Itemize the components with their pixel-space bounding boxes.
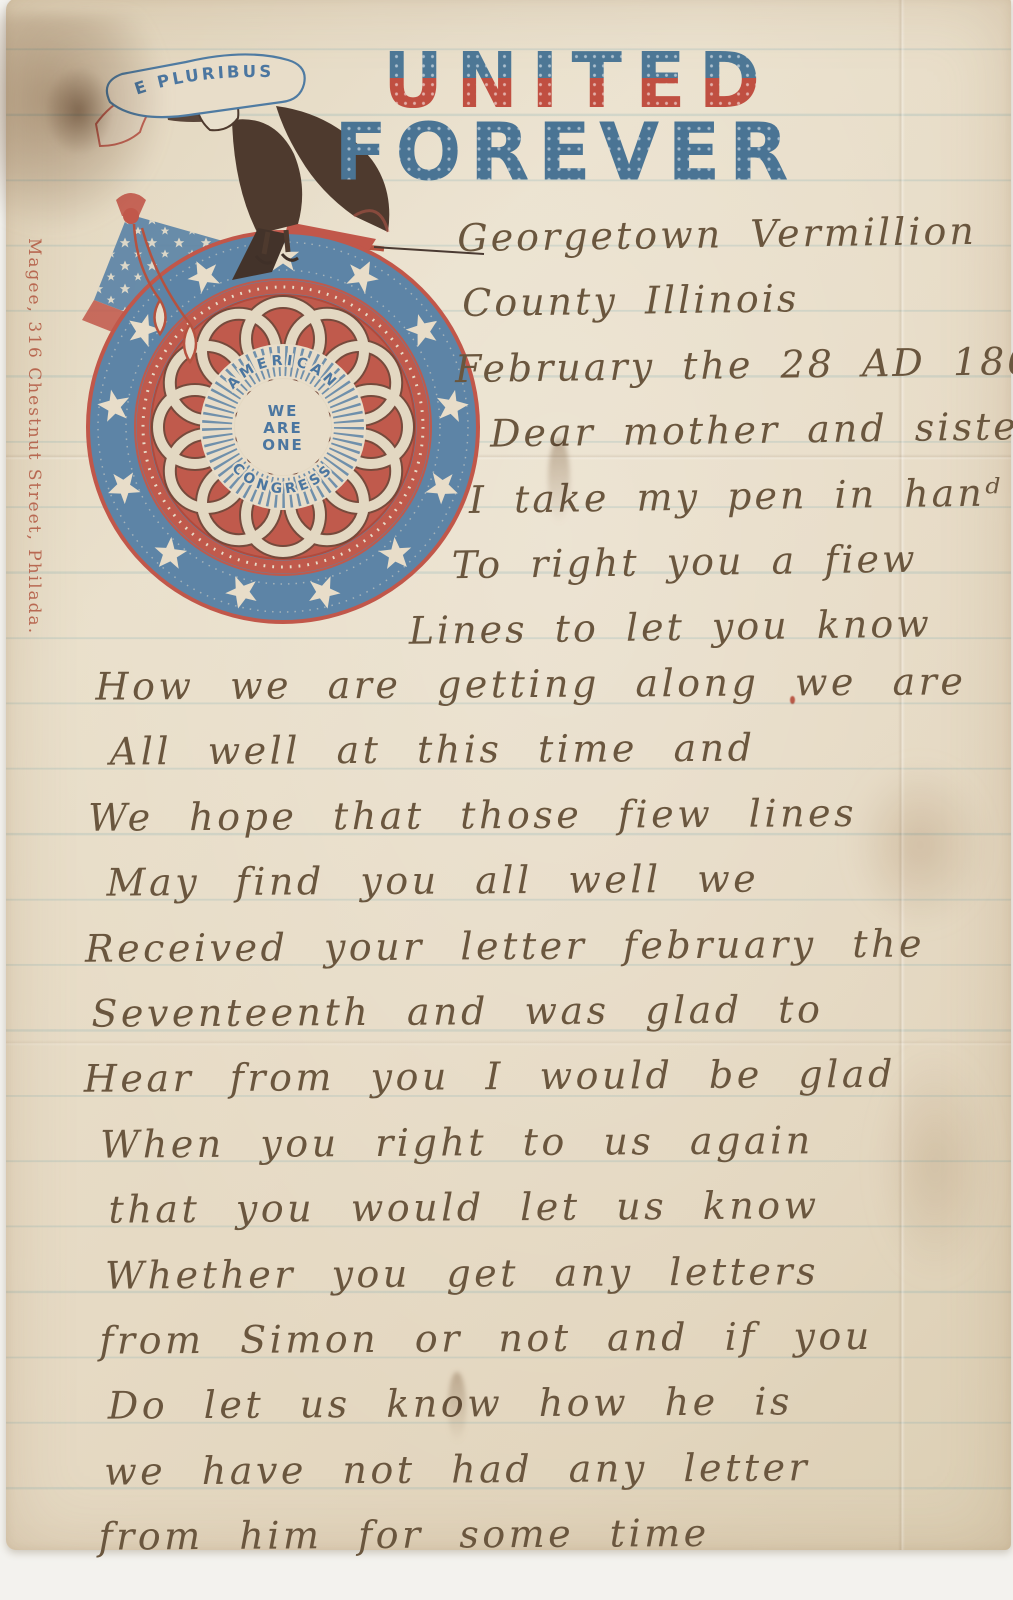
letterhead-title-forever: FOREVER [334, 113, 797, 193]
letter-scan: { "letterhead": { "title_line1": "UNITED… [0, 0, 1013, 1600]
letter-line: Hear from you I would be glad [84, 1042, 969, 1113]
eagle-banner: E PLURIBUS [107, 54, 305, 117]
body-lines: How we are getting along we areAll well … [89, 649, 972, 1570]
letter-line: Dear mother and sister [490, 394, 1013, 467]
letter-line: February the 28 AD 186⁴ [455, 329, 1013, 403]
letter-line: County Illinois [462, 263, 1013, 337]
emblem-motto-line2: ARE [263, 419, 302, 437]
heading-lines: Georgetown VermillionCounty IllinoisFebr… [447, 198, 1013, 664]
letter-line: Received your letter february the [85, 911, 968, 982]
letter-line: We hope that those fiew lines [88, 780, 967, 851]
letter-line: How we are getting along we are [95, 649, 966, 720]
letter-line: we have not had any letter [104, 1434, 971, 1505]
letter-line: from Simon or not and if you [99, 1303, 970, 1374]
letter-line: When you right to us again [100, 1107, 969, 1178]
printer-credit: Magee, 316 Chestnut Street, Philada. [24, 238, 44, 635]
letter-line: from him for some time [98, 1499, 971, 1570]
letter-line: Do let us know how he is [108, 1369, 971, 1440]
letter-line: that you would let us know [108, 1172, 969, 1243]
emblem-motto: WE ARE ONE [262, 402, 304, 454]
letter-line: Georgetown Vermillion [457, 198, 1013, 272]
emblem-motto-line3: ONE [262, 436, 304, 454]
letter-line: All well at this time and [110, 715, 967, 786]
letter-line: To right you a fiew [451, 525, 1013, 599]
union-emblem: AMERICAN CONGRESS WE ARE ONE [88, 232, 478, 622]
emblem-motto-line1: WE [268, 402, 299, 420]
letter-line: Whether you get any letters [105, 1238, 970, 1309]
letter-line: I take my pen in hanᵈ [468, 459, 1013, 533]
letter-line: May find you all well we [106, 845, 967, 916]
letter-line: Seventeenth and was glad to [91, 976, 968, 1047]
